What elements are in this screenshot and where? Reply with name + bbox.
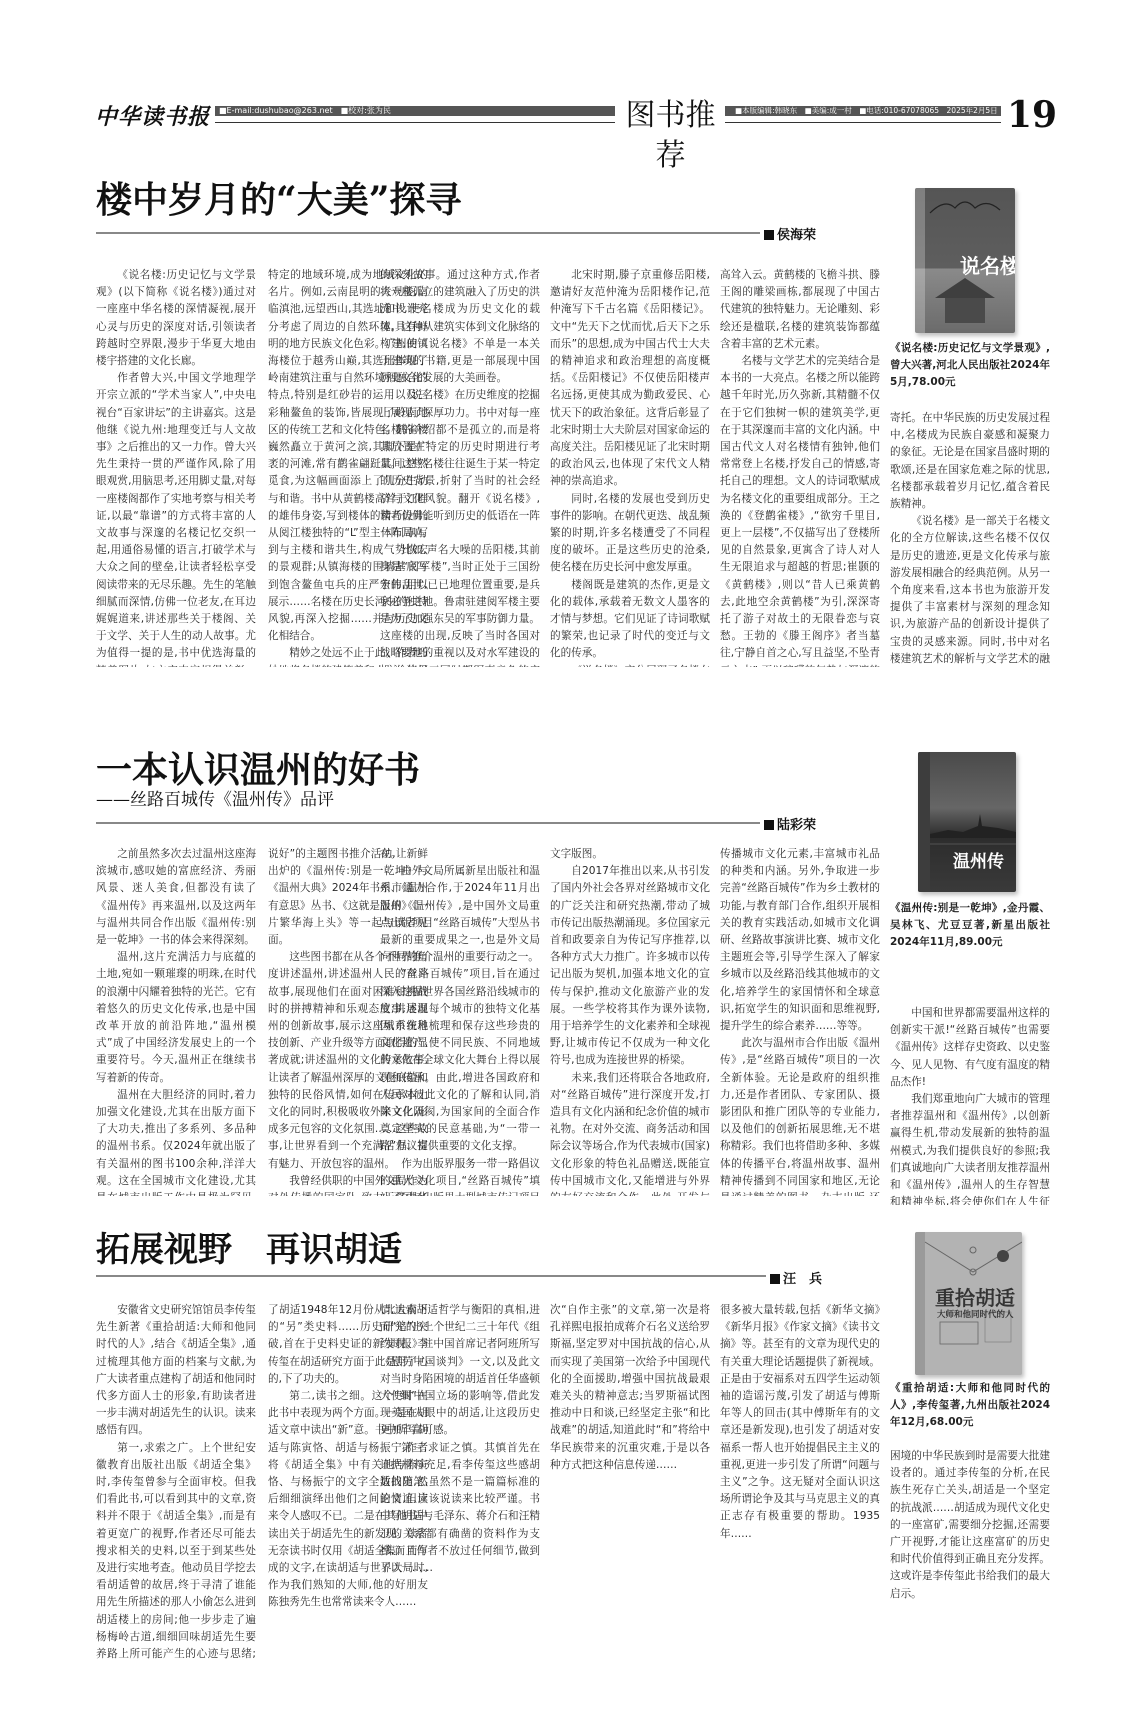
article-3-rule — [96, 1275, 816, 1277]
paragraph: 楼阁既是建筑的杰作,更是文化的载体,承载着无数文人墨客的才情与梦想。它们见证了诗… — [550, 577, 710, 663]
paragraph: 寄托。在中华民族的历史发展过程中,名楼成为民族自豪感和凝聚力的象征。无论是在国家… — [890, 410, 1050, 513]
paragraph: 由外文局所属新星出版社和温州市通力合作,于2024年11月出版的《温州传》,是中… — [380, 863, 540, 966]
article-3-column-1: 安徽省文史研究馆馆员李传玺先生新著《重拾胡适:大师和他同时代的人》,结合《胡适全… — [96, 1302, 256, 1662]
section-title: 图书推荐 — [618, 96, 723, 176]
page-number: 19 — [1007, 94, 1057, 136]
masthead-rule-left — [215, 122, 615, 123]
cover-title: 温州传 — [953, 847, 1004, 872]
paragraph: 在。 — [380, 846, 540, 863]
paragraph: 北宋时期,滕子京重修岳阳楼,邀请好友范仲淹为岳阳楼作记,范仲淹写下千古名篇《岳阳… — [550, 267, 710, 491]
article-2-column-6: 中国和世界都需要温州这样的创新实干派!“丝路百城传”也需要《温州传》这样存史资政… — [890, 1005, 1050, 1205]
paragraph: 我们郑重地向广大城市的管理者推荐温州和《温州传》,以创新赢得生机,带动发展新的独… — [890, 1091, 1050, 1205]
article-2-column-5: 传播城市文化元素,丰富城市礼品的种类和内涵。另外,争取进一步完善“丝路百城传”作… — [720, 846, 880, 1196]
article-1-column-5: 高耸入云。黄鹤楼的飞檐斗拱、滕王阁的雕梁画栋,都展现了中国古代建筑的独特魅力。无… — [720, 267, 880, 667]
article-1-column-4: 北宋时期,滕子京重修岳阳楼,邀请好友范仲淹为岳阳楼作记,范仲淹写下千古名篇《岳阳… — [550, 267, 710, 667]
article-1-book-caption: 《说名楼:历史记忆与文学景观》,曾大兴著,河北人民出版社2024年5月,78.0… — [890, 340, 1050, 391]
paragraph: 比如,声名大噪的岳阳楼,其前身是“阅军楼”,当时正处于三国纷争的乱世,已已地理位… — [380, 542, 540, 667]
paragraph: 第一,求索之广。上个世纪安徽教育出版社出版《胡适全集》时,李传玺曾参与全面审校。… — [96, 1440, 256, 1662]
paragraph: 温州,这片充满活力与底蕴的土地,宛如一颗璀璨的明珠,在时代的浪潮中闪耀着独特的光… — [96, 949, 256, 1087]
paragraph: 温州在大胆经济的同时,着力加强文化建设,尤其在出版方面下了大功夫,推出了多系列、… — [96, 1087, 256, 1196]
paragraph: 《说名楼:历史记忆与文学景观》(以下简称《说名楼》)通过对一座座中华名楼的深情凝… — [96, 267, 256, 370]
cover-title: 重拾胡适 — [935, 1282, 1015, 1311]
article-3-byline: 汪 兵 — [766, 1268, 822, 1287]
paragraph: 安徽省文史研究馆馆员李传玺先生新著《重拾胡适:大师和他同时代的人》,结合《胡适全… — [96, 1302, 256, 1440]
article-3-headline: 拓展视野 再识胡适 — [96, 1222, 402, 1271]
paragraph: 之前虽然多次去过温州这座海滨城市,感叹她的富庶经济、秀丽风景、迷人美食,但都没有… — [96, 846, 256, 949]
paragraph: 次“自作主张”的文章,第一次是将孔祥熙电报拍成蒋介石名义送给罗斯福,坚定罗对中国… — [550, 1302, 710, 1474]
article-1-author: 侯海荣 — [777, 228, 816, 243]
article-1-headline: 楼中岁月的“大美”探寻 — [96, 172, 461, 223]
paragraph: 第三,求证之慎。其慎首先在证据材料充足,看李传玺这些感胡适的随笔,虽然不是一篇篇… — [380, 1440, 540, 1578]
paragraph: 自2017年推出以来,从书引发了国内外社会各界对丝路城市文化的广泛关注和研究热潮… — [550, 863, 710, 1069]
byline-square-icon — [764, 820, 774, 830]
paragraph: 困境的中华民族到时是需要大批建设者的。通过李传玺的分析,在民族生死存亡关头,胡适… — [890, 1448, 1050, 1603]
article-1-column-1: 《说名楼:历史记忆与文学景观》(以下简称《说名楼》)通过对一座座中华名楼的深情凝… — [96, 267, 256, 667]
article-2-byline: 陆彩荣 — [760, 814, 816, 833]
paragraph: 文字版图。 — [550, 846, 710, 863]
article-2-author: 陆彩荣 — [777, 818, 816, 833]
paragraph: 作者曾大兴,中国文学地理学开宗立派的“学术当家人”,中央电视台“百家讲坛”的主讲… — [96, 370, 256, 667]
article-1-byline: 侯海荣 — [760, 224, 816, 243]
article-3-column-6: 困境的中华民族到时是需要大批建设者的。通过李传玺的分析,在民族生死存亡关头,胡适… — [890, 1448, 1050, 1648]
cover-subtitle: 大师和他同时代的人 — [937, 1308, 1014, 1320]
article-2-rule — [96, 822, 816, 824]
masthead-rule-right — [725, 122, 1001, 123]
article-2-subheadline: ——丝路百城传《温州传》品评 — [96, 785, 334, 810]
article-1-column-6: 寄托。在中华民族的历史发展过程中,名楼成为民族自豪感和凝聚力的象征。无论是在国家… — [890, 410, 1050, 667]
paragraph: 《说名楼》是一部关于名楼文化的全方位解读,这些名楼不仅仅是历史的遗迹,更是文化传… — [890, 513, 1050, 667]
paragraph: 很多被大量转载,包括《新华文摘》《新华月报》《作家文摘》《读书文摘》等。甚至有的… — [720, 1302, 880, 1543]
paragraph: 此次与温州市合作出版《温州传》,是“丝路百城传”项目的一次全新体验。无论是政府的… — [720, 1035, 880, 1196]
article-3-book-caption: 《重拾胡适:大师和他同时代的人》,李传玺著,九州出版社2024年12月,68.0… — [890, 1380, 1050, 1431]
paragraph: 中国和世界都需要温州这样的创新实干派!“丝路百城传”也需要《温州传》这样存史资政… — [890, 1005, 1050, 1091]
paragraph: 情,追索胡适哲学与衡阳的真相,进而“追”出上个世纪二三十年代《组约时报》驻中国首… — [380, 1302, 540, 1440]
newspaper-logo: 中华读书报 — [95, 100, 210, 131]
article-3-author: 汪 兵 — [783, 1272, 822, 1287]
article-3-column-5: 很多被大量转载,包括《新华文摘》《新华月报》《作家文摘》《读书文摘》等。甚至有的… — [720, 1302, 880, 1662]
article-3-column-3: 情,追索胡适哲学与衡阳的真相,进而“追”出上个世纪二三十年代《组约时报》驻中国首… — [380, 1302, 540, 1662]
book-cover-shuo-ming-lou: 说名楼 — [915, 188, 1015, 333]
book-cover-wenzhou-zhuan: 温州传 — [918, 752, 1016, 892]
article-3-column-4: 次“自作主张”的文章,第一次是将孔祥熙电报拍成蒋介石名义送给罗斯福,坚定罗对中国… — [550, 1302, 710, 1662]
article-2-book-caption: 《温州传:别是一乾坤》,金丹霞、吴林飞、尤豆豆著,新星出版社2024年11月,8… — [890, 900, 1050, 951]
paragraph: 名楼与文学艺术的完美结合是本书的一大亮点。名楼之所以能跨越千年时光,历久弥新,其… — [720, 353, 880, 667]
article-1-column-3: 的深刻故事。通过这种方式,作者将一座孤立的建筑融入了历史的洪流中,使名楼成为历史… — [380, 267, 540, 667]
paragraph: 《说名楼》充分展现了名楼在艺术审美方面的价值。名楼独特的造型、精巧的结构和精美的… — [550, 663, 710, 667]
paragraph: 未来,我们还将联合各地政府,对“丝路百城传”进行深度开发,打造具有文化内涵和纪念… — [550, 1070, 710, 1196]
masthead-editor-info: ■本版编辑:韩晓东 ■美编:成一村 ■电话:010-67078065 2025年… — [735, 104, 998, 118]
cover-title: 说名楼 — [960, 250, 1015, 279]
paragraph: 高耸入云。黄鹤楼的飞檐斗拱、滕王阁的雕梁画栋,都展现了中国古代建筑的独特魅力。无… — [720, 267, 880, 353]
byline-square-icon — [764, 230, 774, 240]
paragraph: 《说名楼》在历史维度的挖掘上展现了深厚功力。书中对每一座名楼的介绍都不是孤立的,… — [380, 387, 540, 542]
paragraph: 传播城市文化元素,丰富城市礼品的种类和内涵。另外,争取进一步完善“丝路百城传”作… — [720, 846, 880, 1035]
paragraph: 作为出版界服务一带一路倡议的重大文化项目,“丝路百城传”填补了国际出版界大型城市… — [380, 1156, 540, 1196]
article-1-rule — [96, 232, 816, 234]
article-2-column-3: 在。 由外文局所属新星出版社和温州市通力合作,于2024年11月出版的《温州传》… — [380, 846, 540, 1196]
paragraph: “丝路百城传”项目,旨在通过深入挖掘世界各国丝路沿线城市的故事,展现每个城市的独… — [380, 966, 540, 1155]
masthead-contact-info: ■E-mail:dushubao@263.net ■校对:张为民 — [219, 104, 391, 118]
byline-square-icon — [770, 1274, 780, 1284]
newspaper-page: 中华读书报 ■E-mail:dushubao@263.net ■校对:张为民 图… — [0, 0, 1133, 1725]
article-2-column-1: 之前虽然多次去过温州这座海滨城市,感叹她的富庶经济、秀丽风景、迷人美食,但都没有… — [96, 846, 256, 1196]
paragraph: 的深刻故事。通过这种方式,作者将一座孤立的建筑融入了历史的洪流中,使名楼成为历史… — [380, 267, 540, 387]
masthead: 中华读书报 ■E-mail:dushubao@263.net ■校对:张为民 图… — [95, 96, 1040, 136]
book-cover-chong-shi-hu-shi: 重拾胡适 大师和他同时代的人 — [915, 1232, 1022, 1375]
paragraph: 同时,名楼的发展也受到历史事件的影响。在朝代更迭、战乱频繁的时期,许多名楼遭受了… — [550, 491, 710, 577]
article-2-column-4: 文字版图。 自2017年推出以来,从书引发了国内外社会各界对丝路城市文化的广泛关… — [550, 846, 710, 1196]
